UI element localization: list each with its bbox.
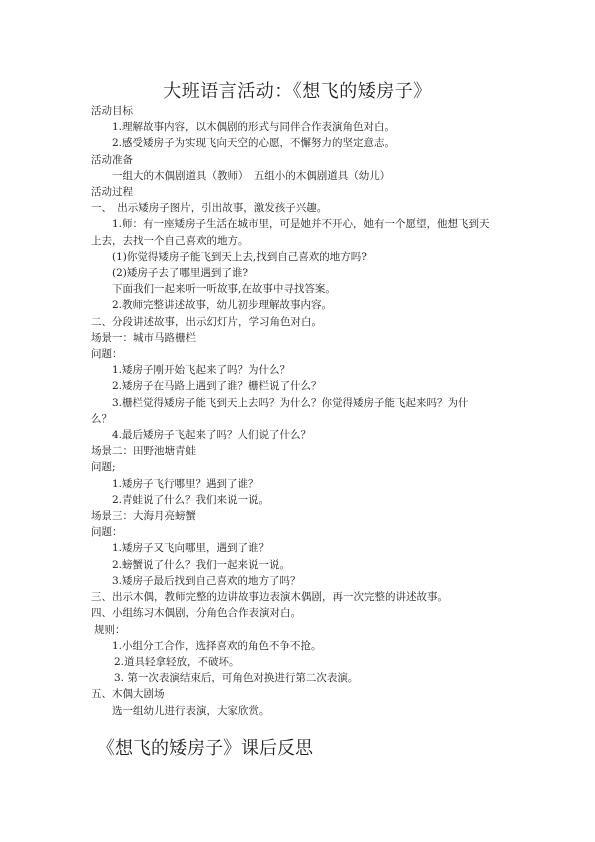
step-1-item: 下面我们一起来听一听故事,在故事中寻找答案。 bbox=[91, 281, 511, 297]
step-2-heading: 二、分段讲述故事，出示幻灯片，学习角色对白。 bbox=[91, 314, 511, 330]
scene-3-question: 2.螃蟹说了什么？我们一起来说一说。 bbox=[91, 557, 511, 573]
prep-text: 一组大的木偶剧道具（教师） 五组小的木偶剧道具（幼儿） bbox=[91, 168, 511, 184]
scene-2-question: 1.矮房子飞行哪里？遇到了谁？ bbox=[91, 476, 511, 492]
scene-1-question: 4.最后矮房子飞起来了吗？人们说了什么？ bbox=[91, 427, 511, 443]
step-1-item: 1.师：有一座矮房子生活在城市里，可是她并不开心，她有一个愿望，他想飞到天 bbox=[91, 216, 511, 232]
goal-item: 1.理解故事内容，以木偶剧的形式与同伴合作表演角色对白。 bbox=[91, 119, 511, 135]
scene-1-questions-label: 问题： bbox=[91, 346, 511, 362]
lesson-plan-body: 活动目标 1.理解故事内容，以木偶剧的形式与同伴合作表演角色对白。 2.感受矮房… bbox=[91, 103, 511, 719]
step-1-question: (2)矮房子去了哪里遇到了谁? bbox=[91, 265, 511, 281]
document-title: 大班语言活动：《想飞的矮房子》 bbox=[0, 77, 595, 103]
step-5-text: 选一组幼儿进行表演，大家欣赏。 bbox=[91, 703, 511, 719]
step-1-question: (1)你觉得矮房子能飞到天上去,找到自己喜欢的地方吗? bbox=[91, 249, 511, 265]
prep-heading: 活动准备 bbox=[91, 152, 511, 168]
step-3-heading: 三、出示木偶，教师完整的边讲故事边表演木偶剧，再一次完整的讲述故事。 bbox=[91, 589, 511, 605]
goals-heading: 活动目标 bbox=[91, 103, 511, 119]
rule-item: 3. 第一次表演结束后，可角色对换进行第二次表演。 bbox=[91, 670, 511, 686]
scene-3-heading: 场景三：大海月亮螃蟹 bbox=[91, 508, 511, 524]
step-1-heading: 一、 出示矮房子图片，引出故事，激发孩子兴趣。 bbox=[91, 200, 511, 216]
scene-1-heading: 场景一：城市马路栅栏 bbox=[91, 330, 511, 346]
scene-1-question: 3.栅栏觉得矮房子能飞到天上去吗？为什么？你觉得矮房子能飞起来吗？为什 bbox=[91, 395, 511, 411]
step-1-item-continued: 上去，去找一个自己喜欢的地方。 bbox=[91, 233, 511, 249]
scene-1-question: 1.矮房子刚开始飞起来了吗？为什么？ bbox=[91, 362, 511, 378]
scene-1-question: 2.矮房子在马路上遇到了谁？栅栏说了什么？ bbox=[91, 378, 511, 394]
rule-item: 2.道具轻拿轻放，不破坏。 bbox=[91, 654, 511, 670]
rules-heading: 规则： bbox=[91, 622, 511, 638]
step-5-heading: 五、木偶大剧场 bbox=[91, 686, 511, 702]
scene-2-heading: 场景二：田野池塘青蛙 bbox=[91, 443, 511, 459]
scene-2-question: 2.青蛙说了什么？我们来说一说。 bbox=[91, 492, 511, 508]
step-1-item: 2.教师完整讲述故事，幼儿初步理解故事内容。 bbox=[91, 297, 511, 313]
scene-2-questions-label: 问题; bbox=[91, 459, 511, 475]
scene-3-question: 3.矮房子最后找到自己喜欢的地方了吗？ bbox=[91, 573, 511, 589]
scene-3-question: 1.矮房子又飞向哪里，遇到了谁？ bbox=[91, 540, 511, 556]
step-4-heading: 四、小组练习木偶剧，分角色合作表演对白。 bbox=[91, 605, 511, 621]
reflection-title: 《想飞的矮房子》课后反思 bbox=[97, 734, 313, 760]
rule-item: 1.小组分工合作，选择喜欢的角色不争不抢。 bbox=[91, 638, 511, 654]
scene-3-questions-label: 问题： bbox=[91, 524, 511, 540]
goal-item: 2.感受矮房子为实现飞向天空的心愿，不懈努力的坚定意志。 bbox=[91, 135, 511, 151]
scene-1-question-continued: 么？ bbox=[91, 411, 511, 427]
process-heading: 活动过程 bbox=[91, 184, 511, 200]
